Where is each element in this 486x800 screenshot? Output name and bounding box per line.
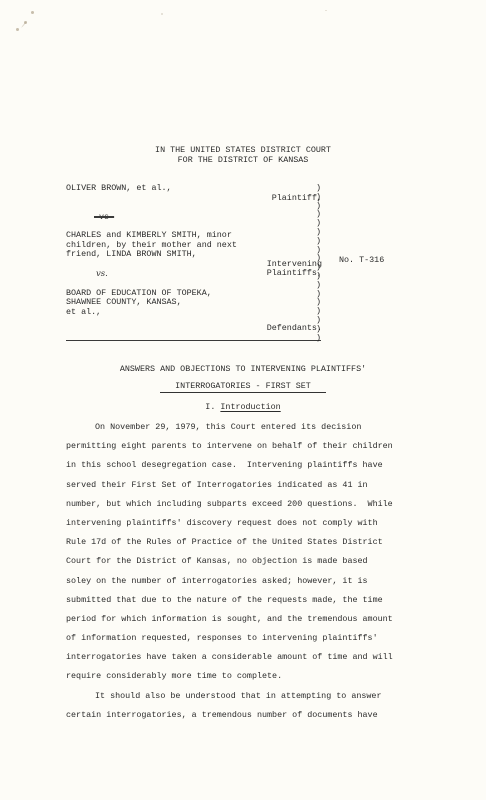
body-paragraphs: On November 29, 1979, this Court entered… [66,423,466,730]
body-line: permitting eight parents to intervene on… [66,442,466,461]
body-line: certain interrogatories, a tremendous nu… [66,711,466,730]
document-title-line-2: INTERROGATORIES - FIRST SET [160,382,326,394]
body-line: It should also be understood that in att… [66,692,466,711]
caption-paren-column: )))))))))))))))))) [316,184,324,342]
handwritten-versus: vs. [96,269,108,279]
section-number: I. [205,402,215,412]
body-line: period for which information is sought, … [66,615,466,634]
plaintiff-role: Plaintiff, [272,194,322,204]
document-title: ANSWERS AND OBJECTIONS TO INTERVENING PL… [0,365,486,393]
document-title-line-1: ANSWERS AND OBJECTIONS TO INTERVENING PL… [0,365,486,375]
body-line: On November 29, 1979, this Court entered… [66,423,466,442]
body-line: intervening plaintiffs' discovery reques… [66,519,466,538]
body-line: submitted that due to the nature of the … [66,596,466,615]
case-caption: OLIVER BROWN, et al., Plaintiff, -vs- CH… [66,184,326,344]
document-page: IN THE UNITED STATES DISTRICT COURT FOR … [0,0,486,800]
body-line: number, but which including subparts exc… [66,500,466,519]
defendant-role: Defendants. [267,324,322,334]
court-header: IN THE UNITED STATES DISTRICT COURT FOR … [0,146,486,166]
plaintiff-name: OLIVER BROWN, et al., [66,184,172,194]
intervenor-role-line-2: Plaintiffs, [267,269,322,279]
caption-underline [66,340,321,341]
intervenor-line-3: friend, LINDA BROWN SMITH, [66,250,197,260]
section-title: Introduction [220,402,280,412]
court-header-line-2: FOR THE DISTRICT OF KANSAS [0,156,486,166]
body-line: served their First Set of Interrogatorie… [66,481,466,500]
defendant-line-3: et al., [66,308,101,318]
body-line: in this school desegregation case. Inter… [66,461,466,480]
body-line: of information requested, responses to i… [66,634,466,653]
section-heading: I. Introduction [0,402,486,412]
body-line: interrogatories have taken a considerabl… [66,653,466,672]
body-line: soley on the number of interrogatories a… [66,577,466,596]
body-line: Rule 17d of the Rules of Practice of the… [66,538,466,557]
caption-paren: ) [316,334,324,343]
body-line: require considerably more time to comple… [66,672,466,691]
case-number: No. T-316 [339,255,384,265]
struck-versus: -vs- [94,212,114,222]
body-line: Court for the District of Kansas, no obj… [66,557,466,576]
